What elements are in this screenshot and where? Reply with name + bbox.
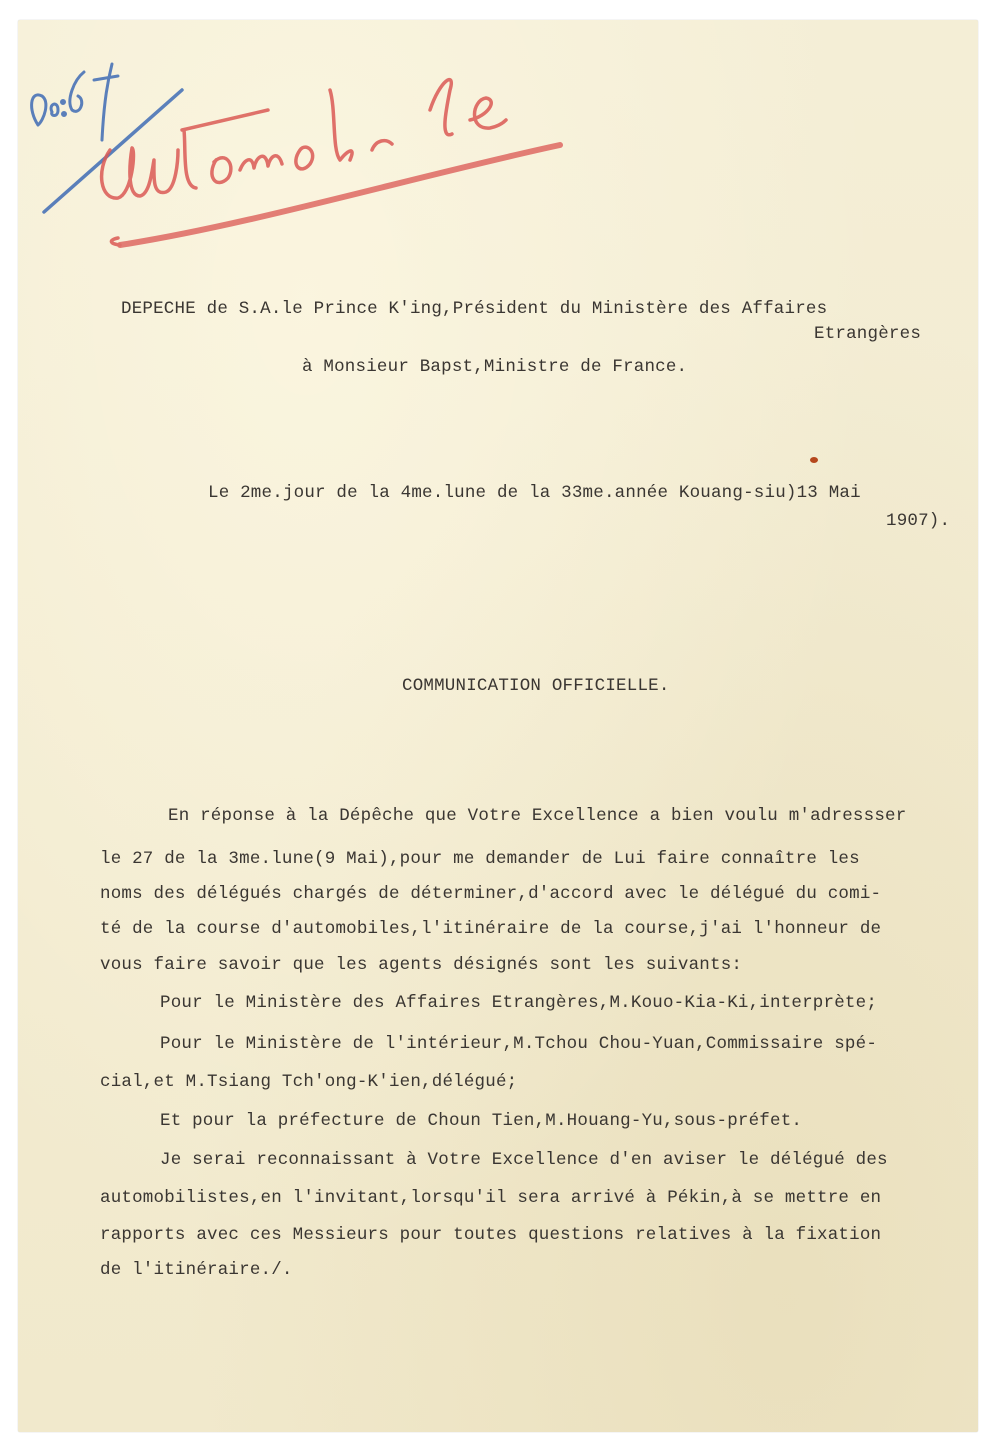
body-line: cial,et M.Tsiang Tch'ong-K'ien,délégué; [100,1072,517,1092]
body-line: vous faire savoir que les agents désigné… [100,955,742,975]
body-line: Pour le Ministère de l'intérieur,M.Tchou… [160,1034,877,1054]
body-line: de l'itinéraire./. [100,1260,293,1280]
body-line: En réponse à la Dépêche que Votre Excell… [168,806,906,826]
date-line-1: Le 2me.jour de la 4me.lune de la 33me.an… [208,483,861,503]
body-line: Je serai reconnaissant à Votre Excellenc… [160,1150,888,1170]
body-line: noms des délégués chargés de déterminer,… [100,884,881,904]
header-line-1: DEPECHE de S.A.le Prince K'ing,Président… [121,299,827,319]
header-line-2: Etrangères [814,324,921,344]
ink-spot [810,457,818,463]
body-line: té de la course d'automobiles,l'itinérai… [100,919,881,939]
body-line: automobilistes,en l'invitant,lorsqu'il s… [100,1188,881,1208]
body-line: le 27 de la 3me.lune(9 Mai),pour me dema… [100,849,860,869]
document-title: COMMUNICATION OFFICIELLE. [402,676,670,696]
red-pencil-mark [102,80,560,245]
body-line: Pour le Ministère des Affaires Etrangère… [160,993,877,1013]
date-line-2: 1907). [886,511,950,531]
pencil-annotations [0,0,1000,300]
body-line: Et pour la préfecture de Choun Tien,M.Ho… [160,1111,802,1131]
body-line: rapports avec ces Messieurs pour toutes … [100,1225,881,1245]
header-addressee: à Monsieur Bapst,Ministre de France. [302,357,687,377]
